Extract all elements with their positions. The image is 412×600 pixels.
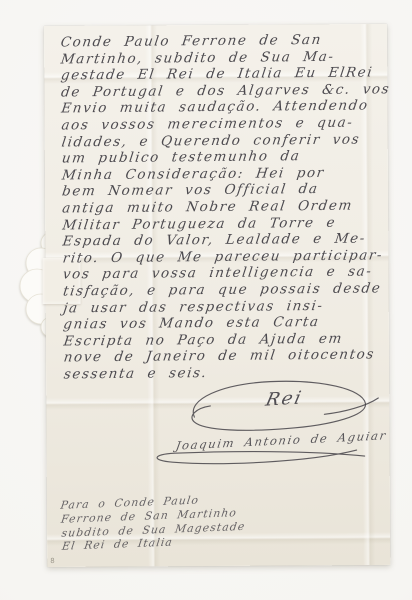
letter-page: Conde Paulo Ferrone de San Martinho, sub… [44,24,390,567]
corner-mark: 8 [50,557,55,565]
address-block: Para o Conde Paulo Ferrone de San Martin… [59,492,245,554]
letter-body: Conde Paulo Ferrone de San Martinho, sub… [59,31,382,383]
photo-backdrop: Conde Paulo Ferrone de San Martinho, sub… [0,0,412,600]
counter-signature: Joaquim Antonio de Aguiar [139,434,375,475]
royal-signature-text: Rei [264,387,305,410]
